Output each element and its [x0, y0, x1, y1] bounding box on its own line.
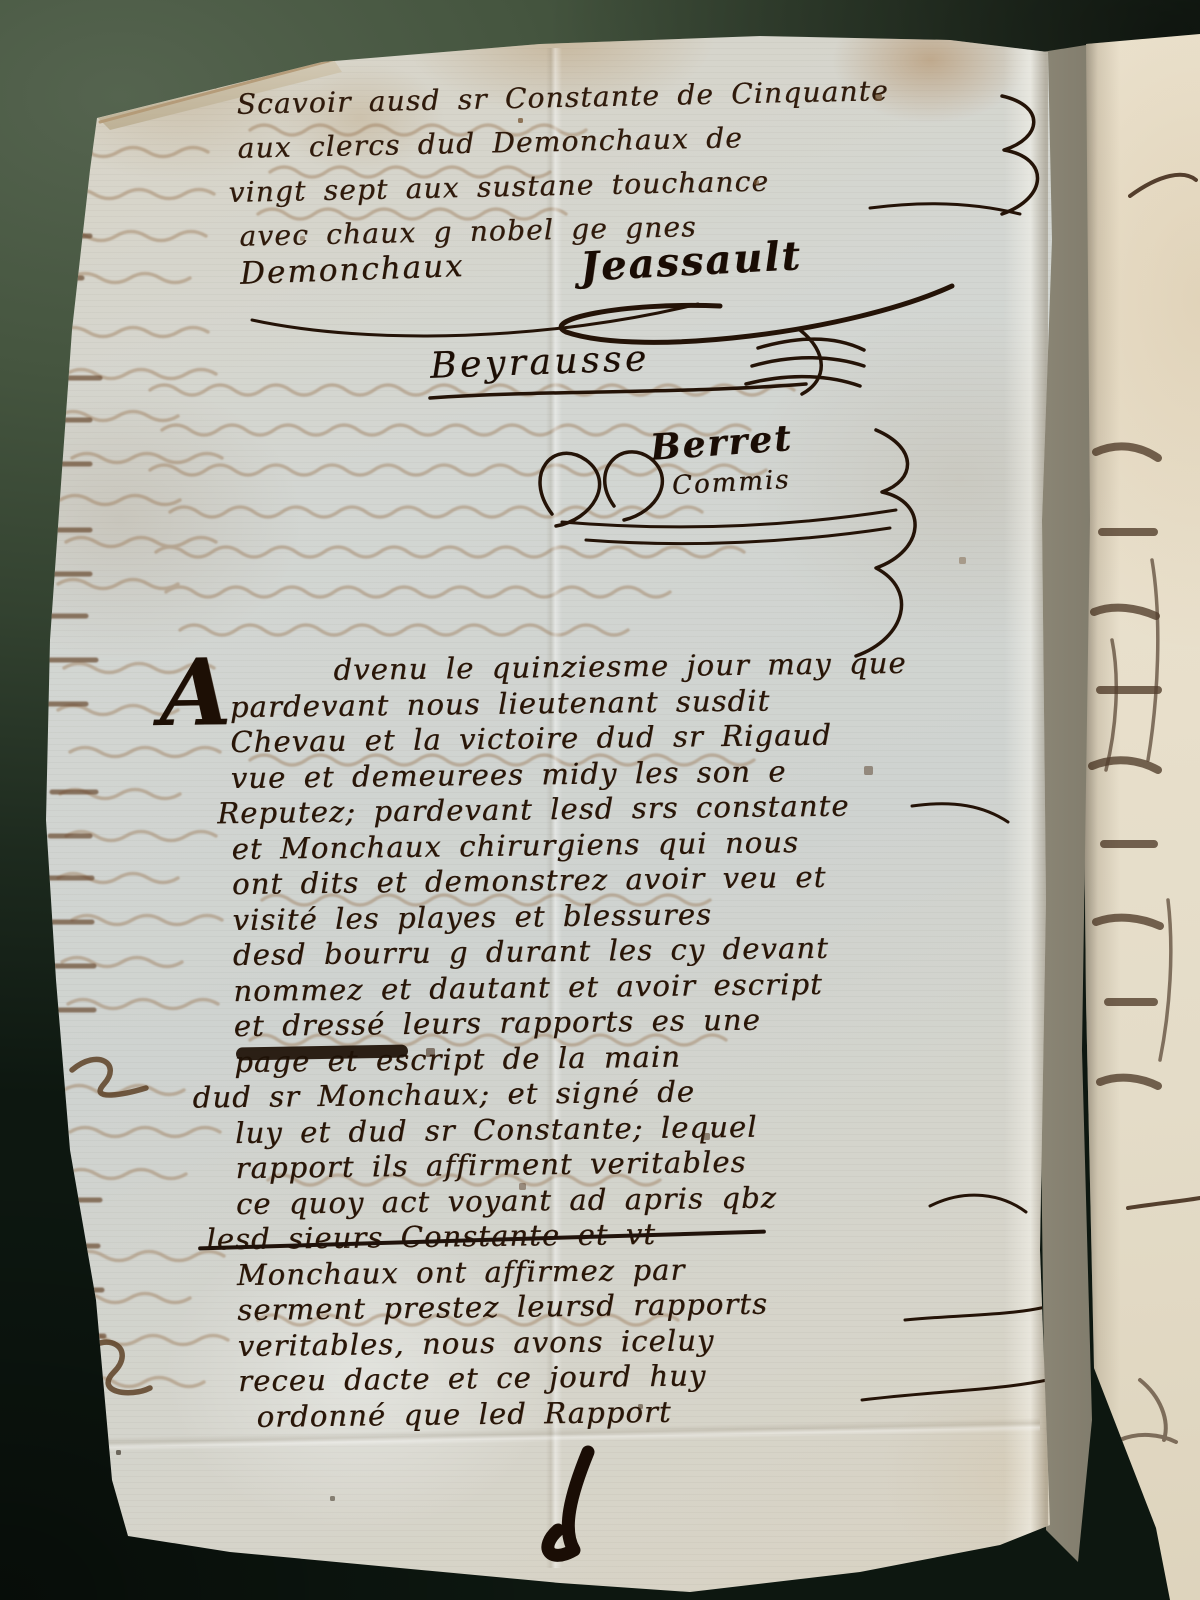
jeassault-swash — [561, 286, 952, 342]
top-note-line-sweep — [870, 204, 1020, 214]
top-note-bracket-flourish — [1002, 96, 1038, 214]
photograph-of-manuscript: Scavoir ausd sr Constante de Cinquante a… — [0, 0, 1200, 1600]
manuscript-page: Scavoir ausd sr Constante de Cinquante a… — [0, 0, 1200, 1600]
body-line-sweeps — [862, 804, 1064, 1400]
bottom-paraph — [548, 1452, 588, 1555]
commis-underline — [562, 510, 896, 544]
beyrausse-underline — [430, 384, 806, 398]
pen-flourishes — [0, 0, 1200, 1600]
berret-loops — [540, 452, 662, 526]
berret-bracket — [856, 430, 915, 656]
